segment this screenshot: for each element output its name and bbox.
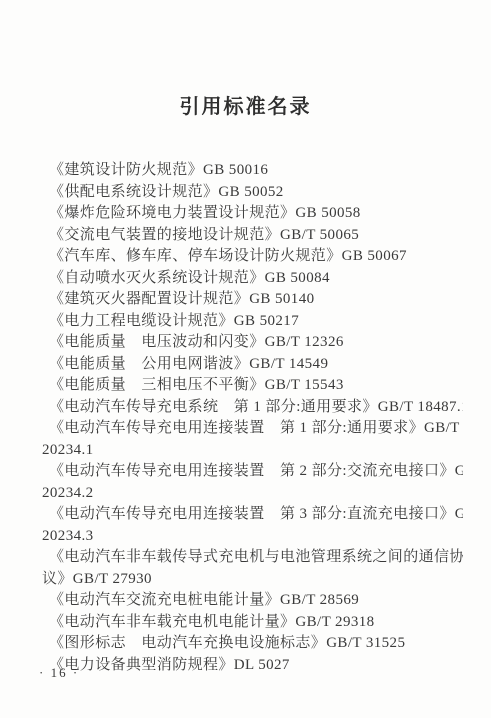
standard-entry: 《电动汽车交流充电桩电能计量》GB/T 28569 — [42, 590, 463, 612]
standard-entry-continuation-line: 议》GB/T 27930 — [42, 569, 463, 591]
standard-entry: 《电动汽车传导充电用连接装置 第 1 部分:通用要求》GB/T20234.1 — [42, 418, 463, 461]
standard-entry-line: 《电能质量 三相电压不平衡》GB/T 15543 — [42, 375, 463, 397]
standard-entry: 《图形标志 电动汽车充换电设施标志》GB/T 31525 — [42, 633, 463, 655]
standard-entry-line: 《建筑设计防火规范》GB 50016 — [42, 160, 463, 182]
standard-entry-line: 《自动喷水灭火系统设计规范》GB 50084 — [42, 268, 463, 290]
standard-entry-line: 《汽车库、修车库、停车场设计防火规范》GB 50067 — [42, 246, 463, 268]
standard-entry-line: 《电能质量 公用电网谐波》GB/T 14549 — [42, 354, 463, 376]
standard-entry: 《电能质量 三相电压不平衡》GB/T 15543 — [42, 375, 463, 397]
standard-entry-line: 《爆炸危险环境电力装置设计规范》GB 50058 — [42, 203, 463, 225]
standard-entry-line: 《供配电系统设计规范》GB 50052 — [42, 182, 463, 204]
standard-entry: 《电动汽车非车载传导式充电机与电池管理系统之间的通信协议》GB/T 27930 — [42, 547, 463, 590]
standard-entry-line: 《建筑灭火器配置设计规范》GB 50140 — [42, 289, 463, 311]
standard-entry: 《爆炸危险环境电力装置设计规范》GB 50058 — [42, 203, 463, 225]
standard-entry-continuation-line: 20234.1 — [42, 440, 463, 462]
standard-entry-line: 《电动汽车非车载充电机电能计量》GB/T 29318 — [42, 612, 463, 634]
standard-entry: 《电动汽车传导充电用连接装置 第 2 部分:交流充电接口》GB/T20234.2 — [42, 461, 463, 504]
standard-entry: 《电动汽车非车载充电机电能计量》GB/T 29318 — [42, 612, 463, 634]
standard-entry: 《汽车库、修车库、停车场设计防火规范》GB 50067 — [42, 246, 463, 268]
page-number: · 16 · — [39, 665, 79, 681]
standard-entry-line: 《电力工程电缆设计规范》GB 50217 — [42, 311, 463, 333]
standard-entry-line: 《图形标志 电动汽车充换电设施标志》GB/T 31525 — [42, 633, 463, 655]
standard-entry: 《电力工程电缆设计规范》GB 50217 — [42, 311, 463, 333]
standard-entry-continuation-line: 20234.3 — [42, 526, 463, 548]
standard-entry-line: 《电动汽车非车载传导式充电机与电池管理系统之间的通信协 — [42, 547, 463, 569]
standard-entry-line: 《电动汽车传导充电用连接装置 第 1 部分:通用要求》GB/T — [42, 418, 463, 440]
standard-entry: 《电能质量 电压波动和闪变》GB/T 12326 — [42, 332, 463, 354]
standard-entry: 《电力设备典型消防规程》DL 5027 — [42, 655, 463, 677]
standard-entry-continuation-line: 20234.2 — [42, 483, 463, 505]
standard-entry: 《建筑设计防火规范》GB 50016 — [42, 160, 463, 182]
standard-entry-line: 《电动汽车交流充电桩电能计量》GB/T 28569 — [42, 590, 463, 612]
standard-entry: 《电动汽车传导充电系统 第 1 部分:通用要求》GB/T 18487.1 — [42, 397, 463, 419]
standard-entry: 《自动喷水灭火系统设计规范》GB 50084 — [42, 268, 463, 290]
standard-entry-line: 《电动汽车传导充电系统 第 1 部分:通用要求》GB/T 18487.1 — [42, 397, 463, 419]
standard-entry: 《电动汽车传导充电用连接装置 第 3 部分:直流充电接口》GB/T20234.3 — [42, 504, 463, 547]
standard-entry-line: 《电能质量 电压波动和闪变》GB/T 12326 — [42, 332, 463, 354]
page-title: 引用标准名录 — [0, 90, 491, 119]
standard-entry: 《建筑灭火器配置设计规范》GB 50140 — [42, 289, 463, 311]
standards-list: 《建筑设计防火规范》GB 50016《供配电系统设计规范》GB 50052《爆炸… — [42, 160, 463, 676]
standard-entry: 《交流电气装置的接地设计规范》GB/T 50065 — [42, 225, 463, 247]
standard-entry-line: 《电力设备典型消防规程》DL 5027 — [42, 655, 463, 677]
standard-entry-line: 《电动汽车传导充电用连接装置 第 2 部分:交流充电接口》GB/T — [42, 461, 463, 483]
document-page: 引用标准名录 《建筑设计防火规范》GB 50016《供配电系统设计规范》GB 5… — [0, 0, 491, 718]
standard-entry: 《供配电系统设计规范》GB 50052 — [42, 182, 463, 204]
standard-entry: 《电能质量 公用电网谐波》GB/T 14549 — [42, 354, 463, 376]
standard-entry-line: 《电动汽车传导充电用连接装置 第 3 部分:直流充电接口》GB/T — [42, 504, 463, 526]
standard-entry-line: 《交流电气装置的接地设计规范》GB/T 50065 — [42, 225, 463, 247]
